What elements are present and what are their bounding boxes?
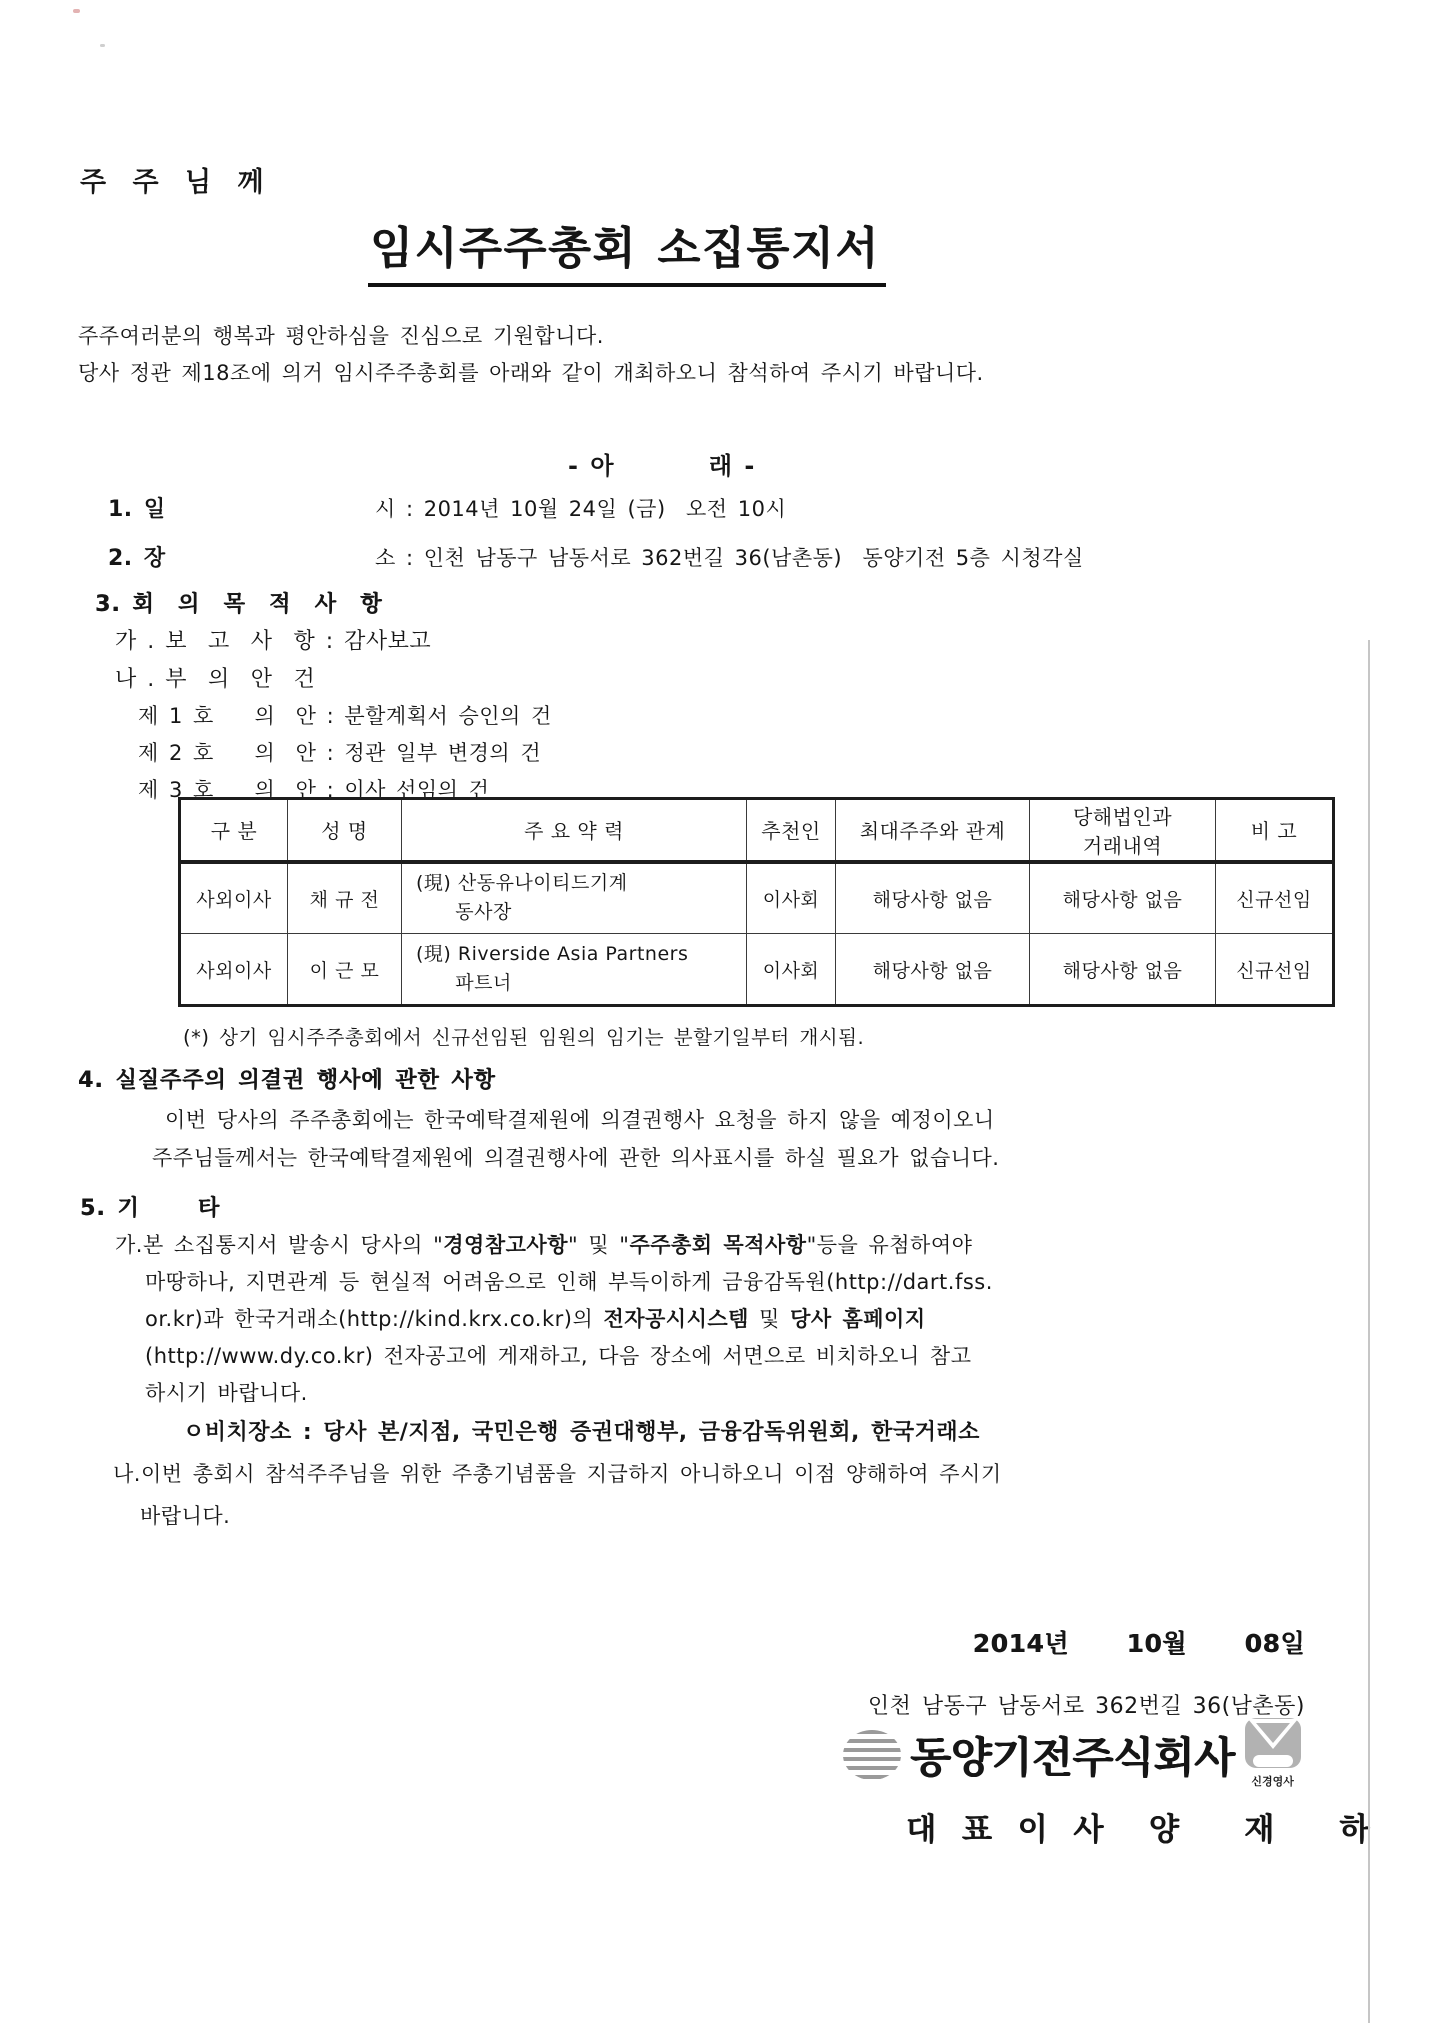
section5-heading: 5. 기 타 — [80, 1191, 220, 1222]
column-header-category: 구 분 — [180, 799, 288, 862]
bold-segment: 전자공시시스템 — [603, 1307, 749, 1331]
company-logo-row: 동양기전주식회사 신경영사 — [843, 1726, 1302, 1784]
section5-ga-line-5: 하시기 바랍니다. — [145, 1377, 308, 1407]
text-segment: 가.본 소집통지서 발송시 당사의 " — [115, 1233, 443, 1257]
report-item: 가 . 보 고 사 항 : 감사보고 — [115, 624, 431, 655]
agenda-item-1: 제 1 호 의 안 : 분할계획서 승인의 건 — [138, 700, 552, 730]
item2-value: 소 : 인천 남동구 남동서로 362번길 36(남촌동) 동양기전 5층 시청… — [375, 542, 1084, 572]
text-segment: 및 — [749, 1307, 790, 1331]
text-segment: "등을 유첨하여야 — [807, 1233, 973, 1257]
item1-value: 시 : 2014년 10월 24일 (금) 오전 10시 — [375, 493, 786, 523]
column-header-transactions: 당해법인과 거래내역 — [1030, 799, 1216, 862]
company-seal: 신경영사 — [1244, 1717, 1302, 1789]
table-row: 사외이사 채 규 전 (現) 산동유나이티드기계 동사장 이사회 해당사항 없음… — [180, 862, 1334, 934]
intro-line-1: 주주여러분의 행복과 평안하심을 진심으로 기원합니다. — [78, 320, 604, 350]
seal-caption: 신경영사 — [1251, 1773, 1294, 1789]
cell-category: 사외이사 — [180, 862, 288, 934]
cell-recommender: 이사회 — [747, 862, 836, 934]
cell-transactions: 해당사항 없음 — [1030, 934, 1216, 1006]
document-page: 주 주 님 께 임시주주총회 소집통지서 주주여러분의 행복과 평안하심을 진심… — [0, 0, 1433, 2023]
company-name: 동양기전주식회사 — [910, 1725, 1235, 1785]
table-header-row: 구 분 성 명 주 요 약 력 추천인 최대주주와 관계 당해법인과 거래내역 … — [180, 799, 1334, 862]
scan-speck — [73, 9, 80, 13]
cell-transactions: 해당사항 없음 — [1030, 862, 1216, 934]
document-date: 2014년 10월 08일 — [973, 1624, 1305, 1660]
section5-ga-line-3: or.kr)과 한국거래소(http://kind.krx.co.kr)의 전자… — [145, 1303, 926, 1333]
cell-relation: 해당사항 없음 — [836, 862, 1030, 934]
table-footnote: (*) 상기 임시주주총회에서 신규선임된 임원의 임기는 분할기일부터 개시됨… — [183, 1022, 864, 1050]
agenda-heading: 나 . 부 의 안 건 — [115, 662, 315, 693]
intro-line-2: 당사 정관 제18조에 의거 임시주주총회를 아래와 같이 개최하오니 참석하여… — [78, 357, 984, 387]
bold-segment: 경영참고사항 — [443, 1233, 568, 1257]
director-candidates-table: 구 분 성 명 주 요 약 력 추천인 최대주주와 관계 당해법인과 거래내역 … — [178, 797, 1335, 1007]
ceo-signature-line: 대 표 이 사 양 재 하 — [906, 1804, 1375, 1849]
cell-name: 이 근 모 — [288, 934, 402, 1006]
cell-career: (現) 산동유나이티드기계 동사장 — [402, 862, 747, 934]
section4-line-2: 주주님들께서는 한국예탁결제원에 의결권행사에 관한 의사표시를 하실 필요가 … — [152, 1142, 999, 1172]
section5-ga-line-4: (http://www.dy.co.kr) 전자공고에 게재하고, 다음 장소에… — [145, 1340, 971, 1370]
text-segment: " 및 " — [568, 1233, 629, 1257]
cell-career: (現) Riverside Asia Partners 파트너 — [402, 934, 747, 1006]
bold-segment: 주주총회 목적사항 — [629, 1233, 806, 1257]
section5-ga-line-2: 마땅하나, 지면관계 등 현실적 어려움으로 인해 부득이하게 금융감독원(ht… — [145, 1266, 993, 1296]
table-row: 사외이사 이 근 모 (現) Riverside Asia Partners 파… — [180, 934, 1334, 1006]
column-header-recommender: 추천인 — [747, 799, 836, 862]
deposit-locations-line: ㅇ비치장소 : 당사 본/지점, 국민은행 증권대행부, 금융감독위원회, 한국… — [183, 1415, 980, 1446]
seal-icon — [1244, 1717, 1302, 1773]
scan-edge-artifact — [1368, 640, 1370, 2023]
scan-speck — [100, 44, 105, 47]
column-header-relation: 최대주주와 관계 — [836, 799, 1030, 862]
section5-na-line-2: 바랍니다. — [140, 1500, 230, 1530]
section5-ga-line-1: 가.본 소집통지서 발송시 당사의 "경영참고사항" 및 "주주총회 목적사항"… — [115, 1229, 972, 1259]
salutation: 주 주 님 께 — [80, 160, 271, 199]
bold-segment: 당사 홈페이지 — [790, 1307, 926, 1331]
page-title: 임시주주총회 소집통지서 — [368, 212, 886, 287]
column-header-note: 비 고 — [1216, 799, 1334, 862]
agenda-item-2: 제 2 호 의 안 : 정관 일부 변경의 건 — [138, 737, 541, 767]
item3-heading: 3. 회 의 목 적 사 항 — [95, 587, 382, 618]
section4-heading: 4. 실질주주의 의결권 행사에 관한 사항 — [78, 1063, 496, 1094]
text-segment: or.kr)과 한국거래소(http://kind.krx.co.kr)의 — [145, 1307, 603, 1331]
column-header-name: 성 명 — [288, 799, 402, 862]
item2-label: 2. 장 — [108, 541, 166, 572]
cell-relation: 해당사항 없음 — [836, 934, 1030, 1006]
item1-label: 1. 일 — [108, 492, 166, 523]
column-header-career: 주 요 약 력 — [402, 799, 747, 862]
cell-recommender: 이사회 — [747, 934, 836, 1006]
company-address: 인천 남동구 남동서로 362번길 36(남촌동) — [868, 1689, 1305, 1720]
cell-category: 사외이사 — [180, 934, 288, 1006]
cell-name: 채 규 전 — [288, 862, 402, 934]
globe-icon — [843, 1730, 901, 1780]
section4-line-1: 이번 당사의 주주총회에는 한국예탁결제원에 의결권행사 요청을 하지 않을 예… — [165, 1104, 995, 1134]
below-label: - 아 래 - — [568, 446, 755, 481]
cell-note: 신규선임 — [1216, 934, 1334, 1006]
cell-note: 신규선임 — [1216, 862, 1334, 934]
section5-na-line-1: 나.이번 총회시 참석주주님을 위한 주총기념품을 지급하지 아니하오니 이점 … — [113, 1458, 1002, 1488]
